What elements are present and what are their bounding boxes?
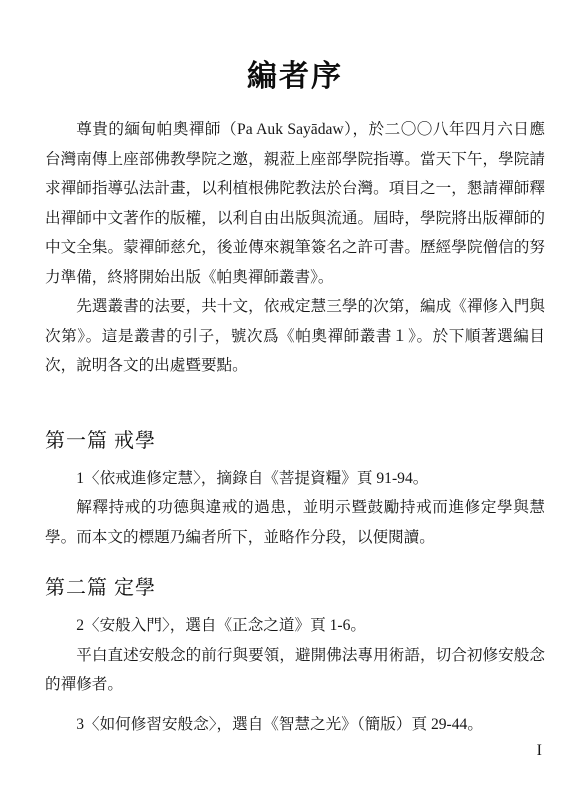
section-heading-precepts: 第一篇 戒學: [45, 426, 545, 456]
intro-paragraph-1: 尊貴的緬甸帕奧禪師（Pa Auk Sayādaw），於二〇〇八年四月六日應台灣南…: [45, 115, 545, 292]
section1-item-source: 1〈依戒進修定慧〉，摘錄自《菩提資糧》頁 91-94。: [45, 464, 545, 494]
intro-paragraph-2: 先選叢書的法要，共十文，依戒定慧三學的次第，編成《禪修入門與次第》。這是叢書的引…: [45, 292, 545, 381]
section2-item2-source: 3〈如何修習安般念〉，選自《智慧之光》（簡版）頁 29-44。: [45, 710, 545, 740]
document-page: 編者序 尊貴的緬甸帕奧禪師（Pa Auk Sayādaw），於二〇〇八年四月六日…: [0, 0, 588, 801]
page-title: 編者序: [45, 58, 545, 96]
section2-item1-source: 2〈安般入門〉，選自《正念之道》頁 1-6。: [45, 611, 545, 641]
section2-item1-summary: 平白直述安般念的前行與要領，避開佛法專用術語，切合初修安般念的禪修者。: [45, 641, 545, 700]
page-number: I: [537, 742, 542, 760]
section-heading-concentration: 第二篇 定學: [45, 573, 545, 603]
section1-item-summary: 解釋持戒的功德與違戒的過患，並明示暨鼓勵持戒而進修定學與慧學。而本文的標題乃編者…: [45, 493, 545, 552]
